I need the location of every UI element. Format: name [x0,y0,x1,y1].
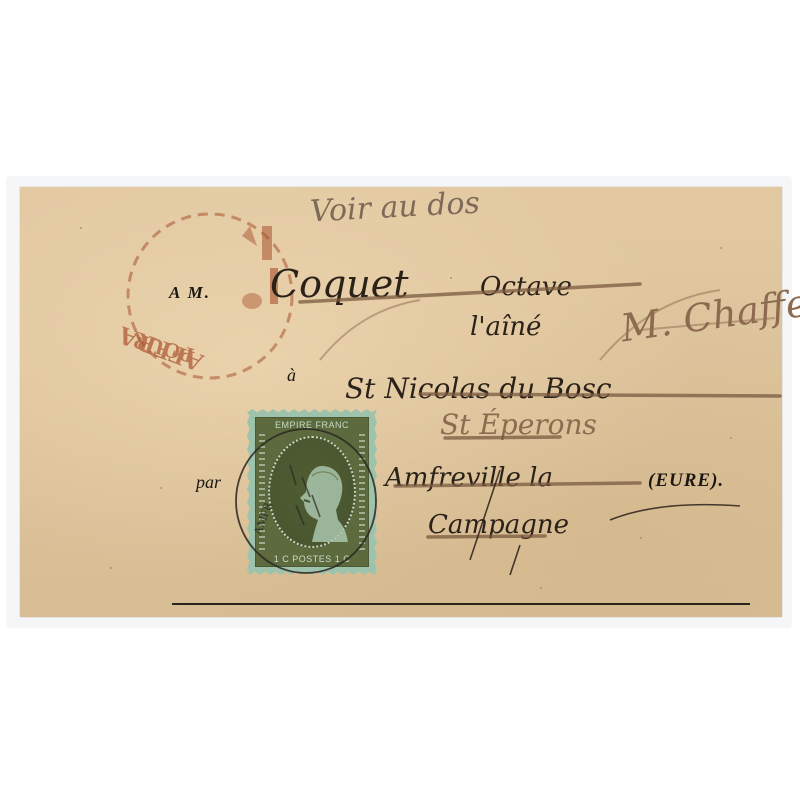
black-circular-datestamp: AMFR [232,425,380,575]
svg-text:AMFR: AMFR [250,500,275,537]
label-a-monsieur: A M. [169,283,211,303]
printed-rule-line [172,603,750,605]
label-department: (EURE). [648,470,724,492]
label-a: à [287,365,296,386]
label-par: par [196,472,221,493]
